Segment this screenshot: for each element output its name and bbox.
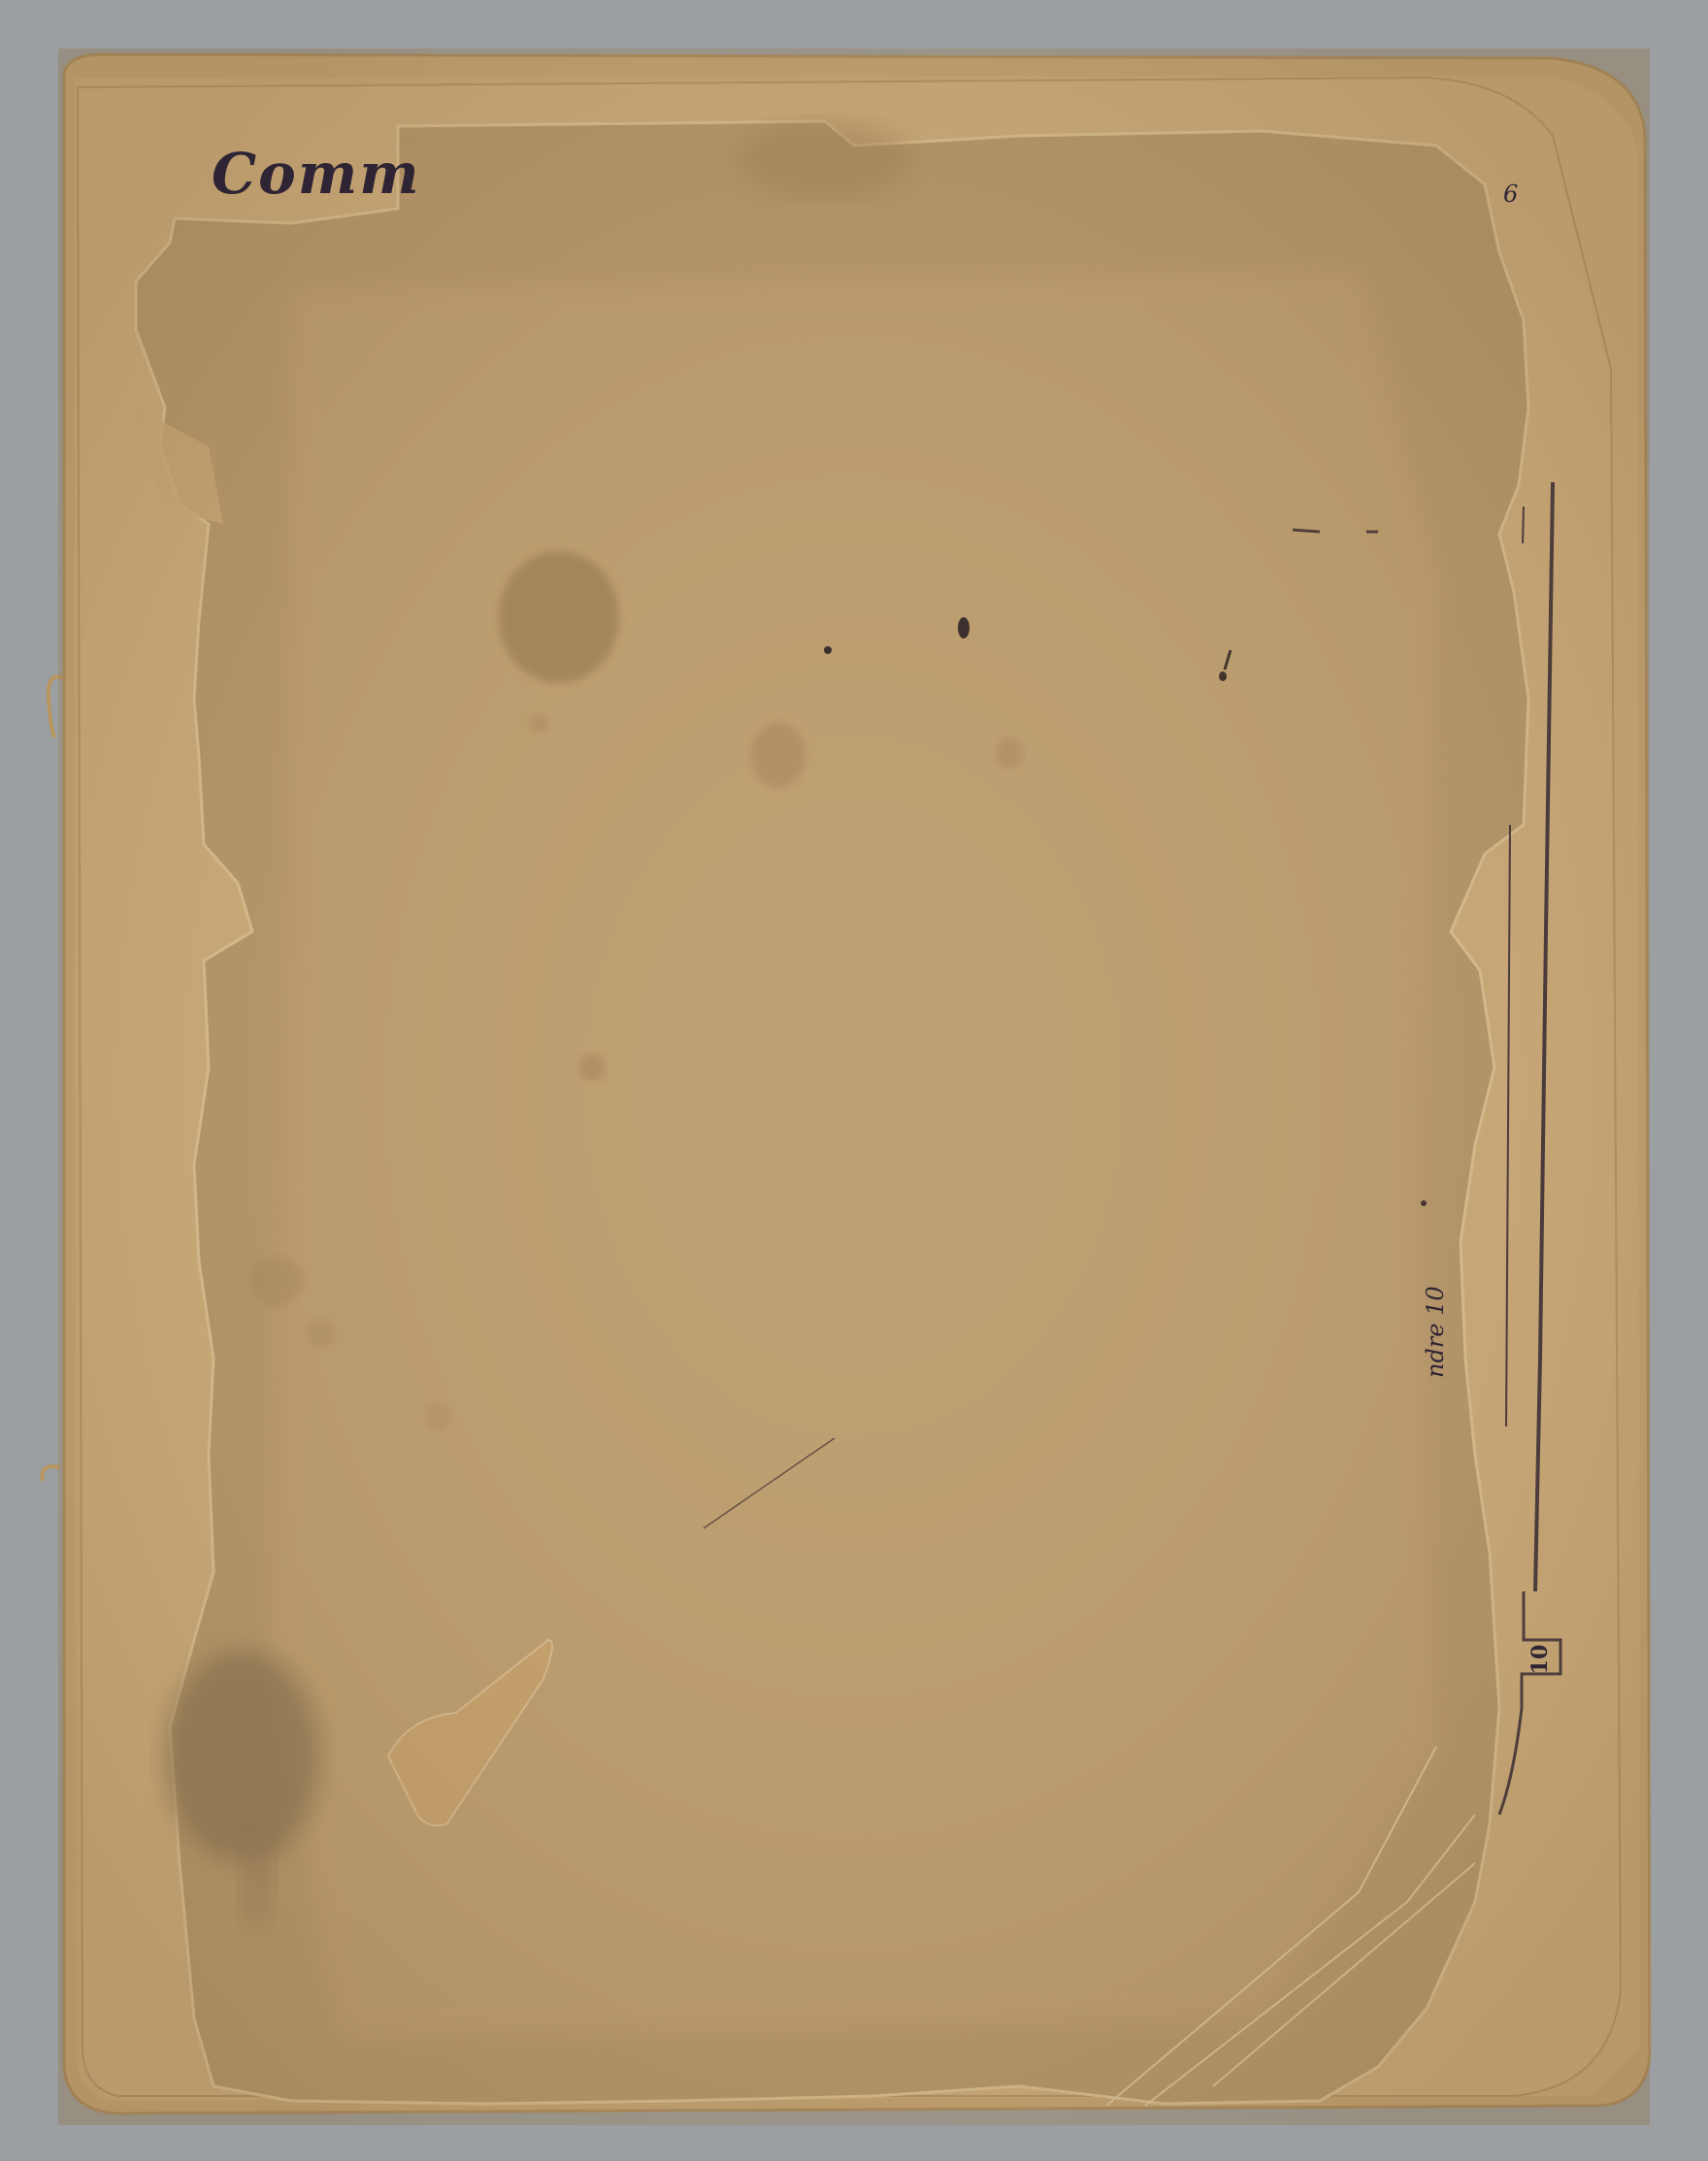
scanned-document-scene: Comm 6 ndre 10 10 xyxy=(0,0,1708,2161)
heading-fragment: Comm xyxy=(212,146,421,202)
paper-layers-illustration xyxy=(0,0,1708,2161)
rotated-label-fragment: ndre 10 xyxy=(1422,1286,1449,1378)
boxed-label: 10 xyxy=(1524,1639,1557,1680)
page-number: 6 xyxy=(1503,180,1518,208)
